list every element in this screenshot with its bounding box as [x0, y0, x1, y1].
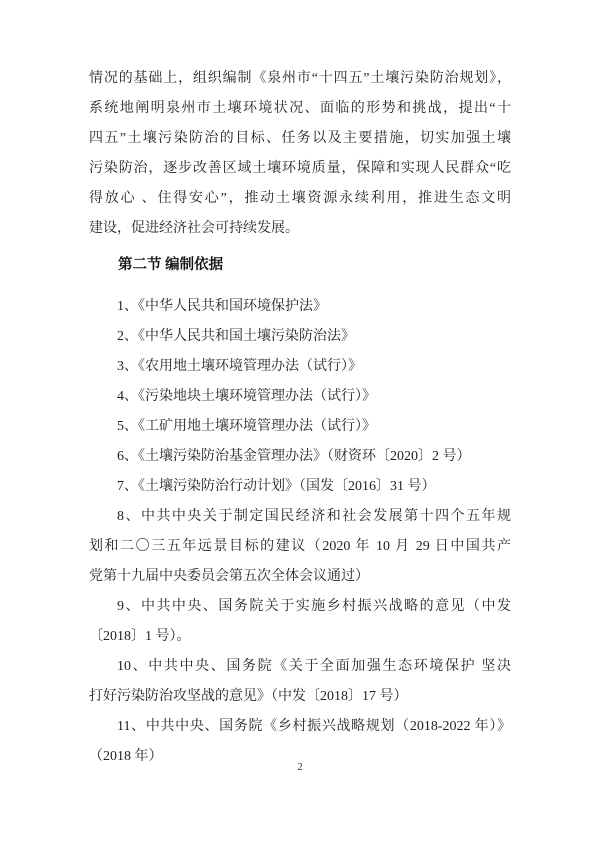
- text-line: 7、《土壤污染防治行动计划》（国发〔2016〕31 号）: [89, 472, 511, 502]
- reference-item: 1、《中华人民共和国环境保护法》: [89, 292, 511, 322]
- document-page: 情况的基础上，组织编制《泉州市“十四五”土壤污染防治规划》，系统地阐明泉州市土壤…: [0, 0, 600, 848]
- page-number: 2: [0, 762, 600, 773]
- text-line: 建设，促进经济社会可持续发展。: [89, 214, 511, 244]
- text-line: 〔2018〕1 号）。: [89, 622, 511, 652]
- text-line: 3、《农用地土壤环境管理办法（试行）》: [89, 352, 511, 382]
- reference-item: 7、《土壤污染防治行动计划》（国发〔2016〕31 号）: [89, 472, 511, 502]
- text-line: 8、中共中央关于制定国民经济和社会发展第十四个五年规: [89, 502, 511, 532]
- reference-item: 3、《农用地土壤环境管理办法（试行）》: [89, 352, 511, 382]
- reference-item: 5、《工矿用地土壤环境管理办法（试行）》: [89, 412, 511, 442]
- text-line: 党第十九届中央委员会第五次全体会议通过）: [89, 562, 511, 592]
- page-content: 情况的基础上，组织编制《泉州市“十四五”土壤污染防治规划》，系统地阐明泉州市土壤…: [89, 64, 511, 772]
- text-line: 9、中共中央、国务院关于实施乡村振兴战略的意见（中发: [89, 592, 511, 622]
- reference-item: 6、《土壤污染防治基金管理办法》（财资环〔2020〕2 号）: [89, 442, 511, 472]
- reference-item: 4、《污染地块土壤环境管理办法（试行）》: [89, 382, 511, 412]
- text-line: 6、《土壤污染防治基金管理办法》（财资环〔2020〕2 号）: [89, 442, 511, 472]
- reference-list: 1、《中华人民共和国环境保护法》2、《中华人民共和国土壤污染防治法》3、《农用地…: [89, 292, 511, 772]
- reference-item: 8、中共中央关于制定国民经济和社会发展第十四个五年规划和二〇三五年远景目标的建议…: [89, 502, 511, 592]
- text-line: 10、中共中央、国务院《关于全面加强生态环境保护 坚决: [89, 652, 511, 682]
- reference-item: 9、中共中央、国务院关于实施乡村振兴战略的意见（中发〔2018〕1 号）。: [89, 592, 511, 652]
- section-heading: 第二节 编制依据: [89, 250, 511, 280]
- text-line: 1、《中华人民共和国环境保护法》: [89, 292, 511, 322]
- text-line: 打好污染防治攻坚战的意见》（中发〔2018〕17 号）: [89, 682, 511, 712]
- text-line: 2、《中华人民共和国土壤污染防治法》: [89, 322, 511, 352]
- text-line: 5、《工矿用地土壤环境管理办法（试行）》: [89, 412, 511, 442]
- text-line: 情况的基础上，组织编制《泉州市“十四五”土壤污染防治规划》，: [89, 64, 511, 94]
- text-line: 划和二〇三五年远景目标的建议（2020 年 10 月 29 日中国共产: [89, 532, 511, 562]
- reference-item: 2、《中华人民共和国土壤污染防治法》: [89, 322, 511, 352]
- text-line: 得放心 、住得安心”，推动土壤资源永续利用，推进生态文明: [89, 184, 511, 214]
- text-line: 系统地阐明泉州市土壤环境状况、面临的形势和挑战，提出“十: [89, 94, 511, 124]
- text-line: 11、中共中央、国务院《乡村振兴战略规划（2018-2022 年）》: [89, 712, 511, 742]
- text-line: 污染防治，逐步改善区域土壤环境质量，保障和实现人民群众“吃: [89, 154, 511, 184]
- text-line: 4、《污染地块土壤环境管理办法（试行）》: [89, 382, 511, 412]
- reference-item: 10、中共中央、国务院《关于全面加强生态环境保护 坚决打好污染防治攻坚战的意见》…: [89, 652, 511, 712]
- text-line: 四五”土壤污染防治的目标、任务以及主要措施，切实加强土壤: [89, 124, 511, 154]
- intro-paragraph: 情况的基础上，组织编制《泉州市“十四五”土壤污染防治规划》，系统地阐明泉州市土壤…: [89, 64, 511, 244]
